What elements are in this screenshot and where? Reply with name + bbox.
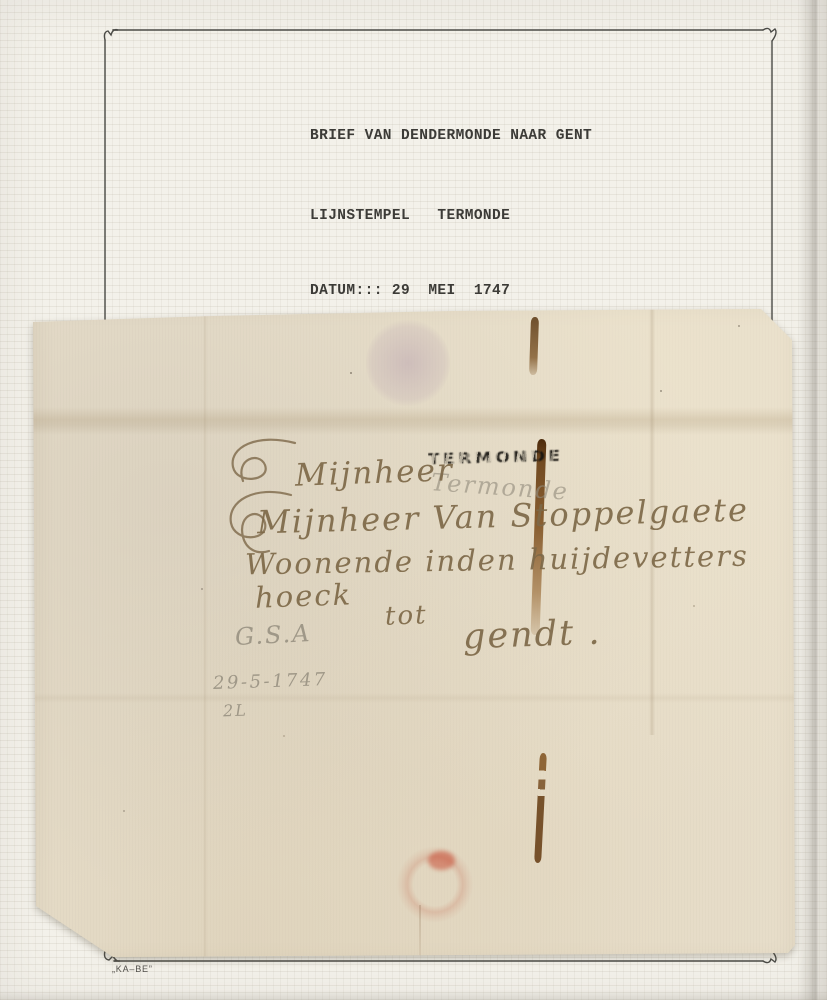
fold-line-vertical-left <box>203 305 207 963</box>
ink-streak-bottom <box>534 753 547 863</box>
pencil-rate: 2L <box>223 701 248 721</box>
frame-corner-top-left <box>104 30 118 40</box>
letter-1747: TERMONDE Termonde Mijnheer Mijnheer Van … <box>33 305 797 963</box>
caption-line-1: BRIEF VAN DENDERMONDE NAAR GENT <box>310 128 592 144</box>
frame-corner-top-right <box>763 28 776 41</box>
caption-line-3: DATUM::: 29 MEI 1747 <box>310 283 592 299</box>
fold-line-horizontal <box>33 407 797 435</box>
ink-flourish <box>221 433 313 565</box>
address-city: gendt . <box>462 613 602 658</box>
album-page-photo: BRIEF VAN DENDERMONDE NAAR GENT LIJNSTEM… <box>0 0 827 1000</box>
address-street-line-2: hoeck <box>254 577 352 614</box>
pencil-initials: G.S.A <box>234 619 312 651</box>
wax-seal-blotch <box>428 851 455 870</box>
ink-streak-top <box>529 317 539 375</box>
address-street-line-1: Woonende inden huijdevetters <box>245 539 749 582</box>
pencil-date: 29-5-1747 <box>213 669 329 694</box>
letter-paper: TERMONDE Termonde Mijnheer Mijnheer Van … <box>33 305 797 963</box>
address-salutation: Mijnheer <box>294 452 454 494</box>
purple-stain <box>366 319 450 407</box>
caption-line-2: LIJNSTEMPEL TERMONDE <box>310 208 592 224</box>
typewritten-caption: BRIEF VAN DENDERMONDE NAAR GENT LIJNSTEM… <box>310 96 592 331</box>
fold-line-horizontal-2 <box>33 693 797 703</box>
ink-streak-middle <box>531 439 547 635</box>
address-to-word: tot <box>384 600 428 631</box>
paper-specks <box>33 305 35 307</box>
kabe-brand: „KA–BE” <box>112 964 153 974</box>
address-addressee: Mijnheer Van Stoppelgaete <box>257 491 750 542</box>
